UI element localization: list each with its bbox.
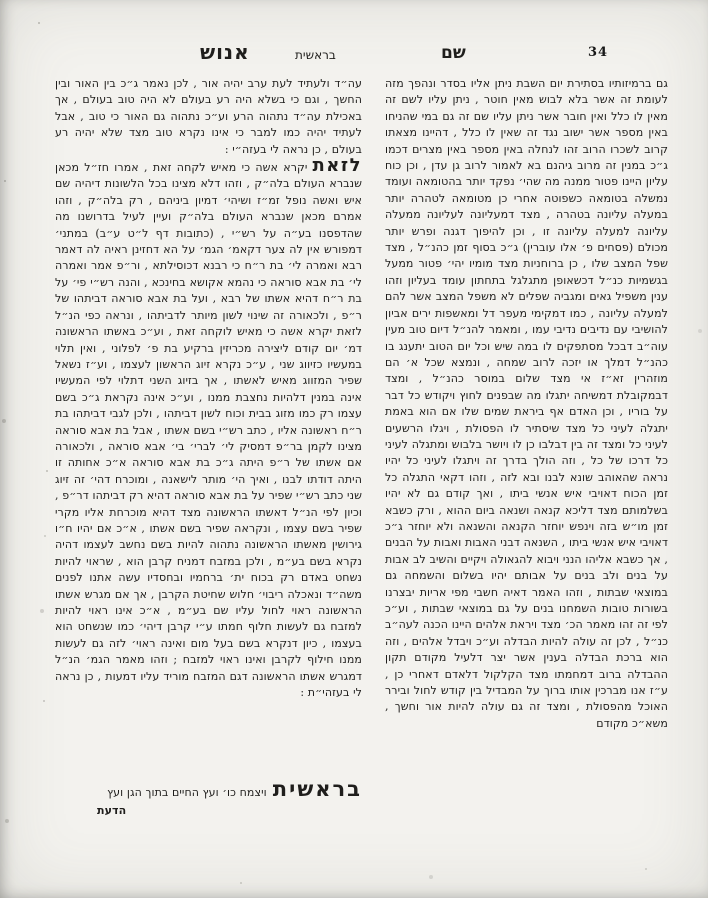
page-number: 34 <box>588 45 608 60</box>
scanned-page: 34 שם בראשית אנוש גם ברמיזותיו בסתירת יו… <box>0 0 708 898</box>
scan-noise <box>0 0 2 2</box>
lazot-paragraph-text: יקרא אשה כי מאיש לקחה זאת , אמרו חז״ל מכ… <box>55 161 362 699</box>
column-left: עה״ד ולעתיד לעת ערב יהיה אור , לכן נאמר … <box>55 76 362 830</box>
text-columns: גם ברמיזותיו בסתירת יום השבת ניתן אליו ב… <box>55 76 668 830</box>
bereshit-lead-word: בראשית <box>273 777 362 801</box>
catchword: הדעת <box>55 803 362 819</box>
header-section-title: אנוש <box>200 40 250 64</box>
lazot-lead-word: לזאת <box>313 155 363 176</box>
bereshit-paragraph: בראשיתויצמח כו׳ ועץ החיים בתוך הגן ועץ <box>55 780 362 802</box>
header-parsha-title: בראשית <box>295 48 336 62</box>
header-book-title: שם <box>441 43 466 63</box>
bereshit-paragraph-text: ויצמח כו׳ ועץ החיים בתוך הגן ועץ <box>107 786 267 799</box>
column-right: גם ברמיזותיו בסתירת יום השבת ניתן אליו ב… <box>385 76 668 830</box>
closing-paragraph: עה״ד ולעתיד לעת ערב יהיה אור , לכן נאמר … <box>55 76 362 158</box>
lazot-paragraph: לזאתיקרא אשה כי מאיש לקחה זאת , אמרו חז״… <box>55 158 362 701</box>
right-column-paragraph: גם ברמיזותיו בסתירת יום השבת ניתן אליו ב… <box>385 76 668 732</box>
running-header: 34 שם בראשית אנוש <box>0 42 708 70</box>
left-column-body: עה״ד ולעתיד לעת ערב יהיה אור , לכן נאמר … <box>55 76 362 780</box>
